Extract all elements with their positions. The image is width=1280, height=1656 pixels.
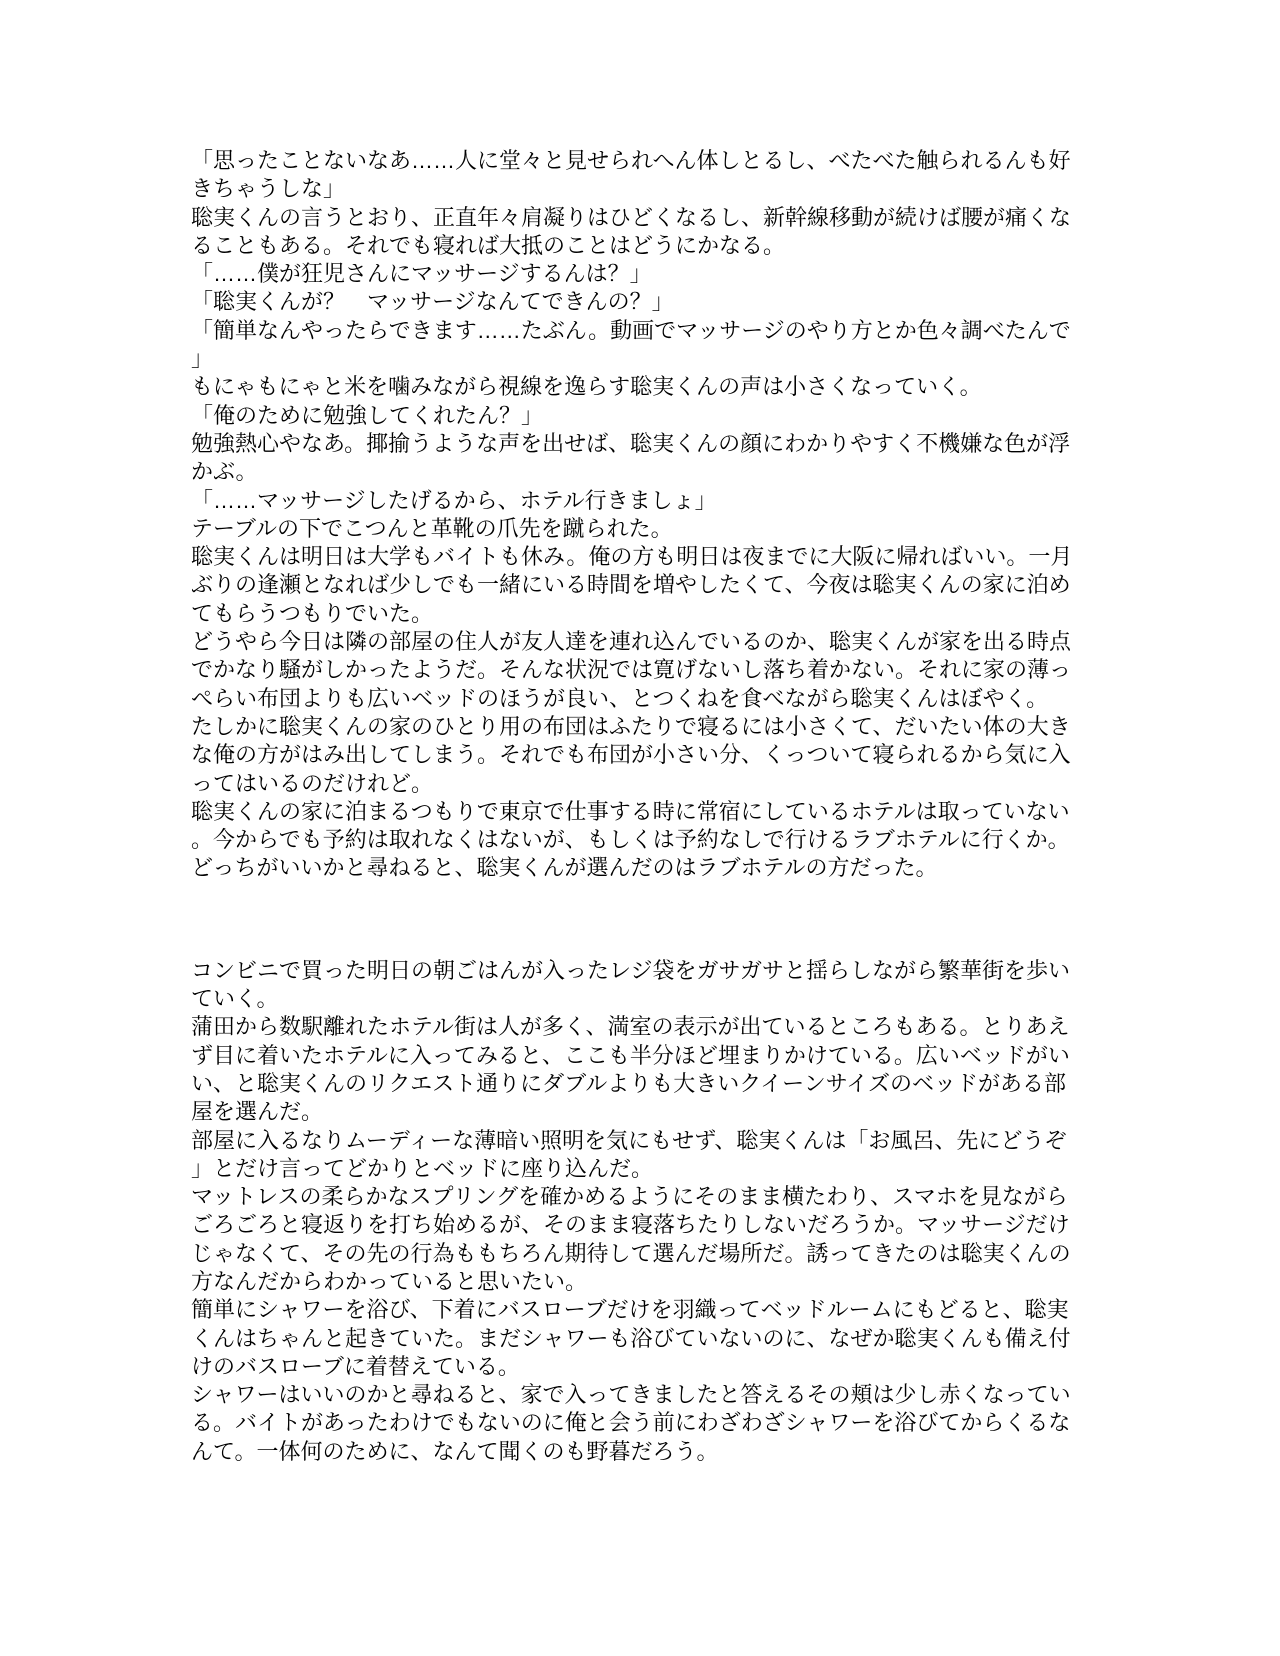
text-line: テーブルの下でこつんと革靴の爪先を蹴られた。 [191,515,1075,543]
text-line: ていく。 [191,985,1075,1013]
text-line: 聡実くんは明日は大学もバイトも休み。俺の方も明日は夜までに大阪に帰ればいい。一月 [191,543,1075,571]
text-line: 蒲田から数駅離れたホテル街は人が多く、満室の表示が出ているところもある。とりあえ [191,1013,1075,1041]
text-line: ごろごろと寝返りを打ち始めるが、そのまま寝落ちたりしないだろうか。マッサージだけ [191,1211,1075,1239]
paragraph-section: 「思ったことないなあ……人に堂々と見せられへん体しとるし、べたべた触られるんも好… [191,147,1075,883]
text-line: どうやら今日は隣の部屋の住人が友人達を連れ込んでいるのか、聡実くんが家を出る時点 [191,628,1075,656]
text-line: 「思ったことないなあ……人に堂々と見せられへん体しとるし、べたべた触られるんも好 [191,147,1075,175]
text-line: でかなり騒がしかったようだ。そんな状況では寛げないし落ち着かない。それに家の薄っ [191,656,1075,684]
text-line: かぶ。 [191,458,1075,486]
text-line: もにゃもにゃと米を噛みながら視線を逸らす聡実くんの声は小さくなっていく。 [191,373,1075,401]
text-line: 「聡実くんが？ マッサージなんてできんの？」 [191,288,1075,316]
text-line: 屋を選んだ。 [191,1098,1075,1126]
text-line: 「……マッサージしたげるから、ホテル行きましょ」 [191,487,1075,515]
text-line: ぺらい布団よりも広いベッドのほうが良い、とつくねを食べながら聡実くんはぼやく。 [191,685,1075,713]
text-line: くんはちゃんと起きていた。まだシャワーも浴びていないのに、なぜか聡実くんも備え付 [191,1325,1075,1353]
text-line: 「……僕が狂児さんにマッサージするんは？」 [191,260,1075,288]
text-line: 」 [191,345,1075,373]
text-line: ることもある。それでも寝れば大抵のことはどうにかなる。 [191,232,1075,260]
text-line: マットレスの柔らかなスプリングを確かめるようにそのまま横たわり、スマホを見ながら [191,1183,1075,1211]
text-line: 「俺のために勉強してくれたん？」 [191,402,1075,430]
text-line: きちゃうしな」 [191,175,1075,203]
text-line: い、と聡実くんのリクエスト通りにダブルよりも大きいクイーンサイズのベッドがある部 [191,1070,1075,1098]
paragraph-section: コンビニで買った明日の朝ごはんが入ったレジ袋をガサガサと揺らしながら繁華街を歩い… [191,957,1075,1466]
text-line: 方なんだからわかっていると思いたい。 [191,1268,1075,1296]
document-page: 「思ったことないなあ……人に堂々と見せられへん体しとるし、べたべた触られるんも好… [0,0,1280,1656]
text-line: てもらうつもりでいた。 [191,600,1075,628]
text-line: 「簡単なんやったらできます……たぶん。動画でマッサージのやり方とか色々調べたんで [191,317,1075,345]
text-line: な俺の方がはみ出してしまう。それでも布団が小さい分、くっついて寝られるから気に入 [191,741,1075,769]
text-line: ず目に着いたホテルに入ってみると、ここも半分ほど埋まりかけている。広いベッドがい [191,1042,1075,1070]
text-line: ってはいるのだけれど。 [191,770,1075,798]
text-line: コンビニで買った明日の朝ごはんが入ったレジ袋をガサガサと揺らしながら繁華街を歩い [191,957,1075,985]
text-line: 簡単にシャワーを浴び、下着にバスローブだけを羽織ってベッドルームにもどると、聡実 [191,1296,1075,1324]
text-line: じゃなくて、その先の行為ももちろん期待して選んだ場所だ。誘ってきたのは聡実くんの [191,1240,1075,1268]
text-line: 聡実くんの言うとおり、正直年々肩凝りはひどくなるし、新幹線移動が続けば腰が痛くな [191,204,1075,232]
text-line: ぶりの逢瀬となれば少しでも一緒にいる時間を増やしたくて、今夜は聡実くんの家に泊め [191,571,1075,599]
text-line: る。バイトがあったわけでもないのに俺と会う前にわざわざシャワーを浴びてからくるな [191,1409,1075,1437]
text-line: 部屋に入るなりムーディーな薄暗い照明を気にもせず、聡実くんは「お風呂、先にどうぞ [191,1127,1075,1155]
text-line: たしかに聡実くんの家のひとり用の布団はふたりで寝るには小さくて、だいたい体の大き [191,713,1075,741]
text-line: 。今からでも予約は取れなくはないが、もしくは予約なしで行けるラブホテルに行くか。 [191,826,1075,854]
text-line: 聡実くんの家に泊まるつもりで東京で仕事する時に常宿にしているホテルは取っていない [191,798,1075,826]
text-line: 」とだけ言ってどかりとベッドに座り込んだ。 [191,1155,1075,1183]
text-column: 「思ったことないなあ……人に堂々と見せられへん体しとるし、べたべた触られるんも好… [191,147,1075,1466]
text-line: けのバスローブに着替えている。 [191,1353,1075,1381]
text-line: 勉強熱心やなあ。揶揄うような声を出せば、聡実くんの顔にわかりやすく不機嫌な色が浮 [191,430,1075,458]
text-line: どっちがいいかと尋ねると、聡実くんが選んだのはラブホテルの方だった。 [191,854,1075,882]
text-line: んて。一体何のために、なんて聞くのも野暮だろう。 [191,1438,1075,1466]
text-line: シャワーはいいのかと尋ねると、家で入ってきましたと答えるその頬は少し赤くなってい [191,1381,1075,1409]
